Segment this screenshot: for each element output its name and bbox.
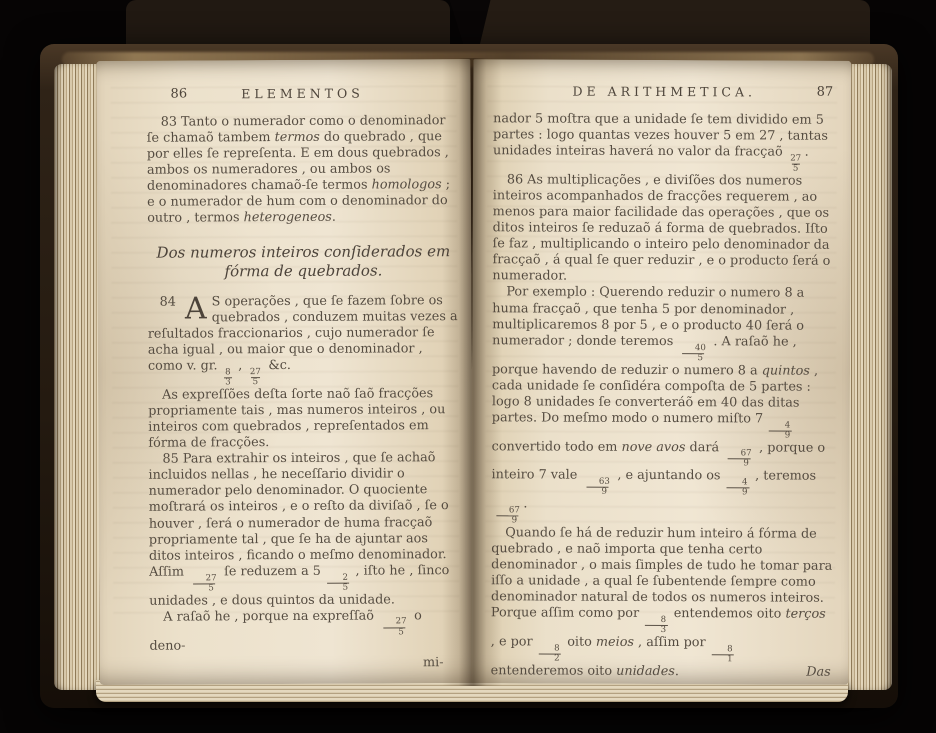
left-catchword: mi- <box>149 655 443 673</box>
fraction-8-3: 83 <box>224 368 233 387</box>
right-page-paragraphs: nador 5 moſtra que a unidade ſe tem divi… <box>491 111 835 681</box>
paragraph: A raſaõ he , porque na expreſſaõ 275 o d… <box>149 608 461 654</box>
text-run: meios <box>596 635 634 650</box>
fraction-27-5: 275 <box>248 368 262 387</box>
fraction-40-5: 405 <box>679 344 707 363</box>
left-running-title-text: ELEMENTOS <box>241 86 364 102</box>
paragraph: 84 AS operações , que ſe fazem ſobre os … <box>148 293 460 388</box>
right-running-title: DE ARITHMETICA. 87 <box>493 83 835 100</box>
text-run: terços <box>785 607 825 622</box>
paragraph: As expreſſões deſta ſorte naõ ſaõ fracçõ… <box>148 386 460 452</box>
text-run: heterogeneos <box>244 210 332 225</box>
text-run: 84 <box>160 294 176 310</box>
fraction-8-3: 83 <box>645 616 668 635</box>
left-page-paragraphs: 83 Tanto o numerador como o denominador … <box>147 113 462 655</box>
fraction-67-9: 679 <box>493 506 521 525</box>
right-running-title-text: DE ARITHMETICA. <box>572 84 756 100</box>
fraction-4-9: 49 <box>726 478 749 497</box>
paragraph: Quando ſe há de reduzir hum inteiro á fó… <box>491 525 834 681</box>
fraction-8-2: 82 <box>539 644 562 663</box>
text-run: quintos <box>762 363 810 378</box>
fraction-27-5: 275 <box>380 618 408 637</box>
book-photo: 86 ELEMENTOS 83 Tanto o numerador como o… <box>0 0 936 733</box>
fraction-4-9: 49 <box>769 421 792 440</box>
right-page: DE ARITHMETICA. 87 nador 5 moſtra que a … <box>471 59 852 685</box>
right-page-number: 87 <box>817 85 834 101</box>
fraction-67-9: 679 <box>725 450 753 469</box>
right-page-body: DE ARITHMETICA. 87 nador 5 moſtra que a … <box>491 83 836 681</box>
fraction-2-5: 25 <box>327 573 350 592</box>
fraction-27-5: 275 <box>789 154 803 173</box>
section-heading: Dos numeros inteiros conſiderados em fór… <box>153 242 453 283</box>
page-edges-left <box>54 64 100 690</box>
text-run: homologos <box>372 177 442 192</box>
fraction-8-1: 81 <box>712 645 735 664</box>
paragraph: 85 Para extrahir os inteiros , que ſe ac… <box>148 450 461 609</box>
left-running-title: 86 ELEMENTOS <box>147 85 459 102</box>
paragraph: 83 Tanto o numerador como o denominador … <box>147 113 460 227</box>
text-run: A <box>185 295 207 322</box>
text-run: termos <box>275 130 320 145</box>
fraction-27-5: 275 <box>190 574 218 593</box>
left-page-number: 86 <box>171 87 188 103</box>
fraction-63-9: 639 <box>583 478 611 497</box>
text-run: unidades <box>616 664 675 679</box>
left-page-body: 86 ELEMENTOS 83 Tanto o numerador como o… <box>147 85 462 672</box>
paragraph: 86 As multiplicações , e diviſões dos nu… <box>492 172 834 286</box>
page-edges-right <box>848 64 892 690</box>
paragraph: Por exemplo : Querendo reduzir o numero … <box>491 285 834 527</box>
left-page: 86 ELEMENTOS 83 Tanto o numerador como o… <box>96 59 473 685</box>
text-run: nove avos <box>621 439 685 454</box>
paragraph: nador 5 moſtra que a unidade ſe tem divi… <box>493 111 835 173</box>
